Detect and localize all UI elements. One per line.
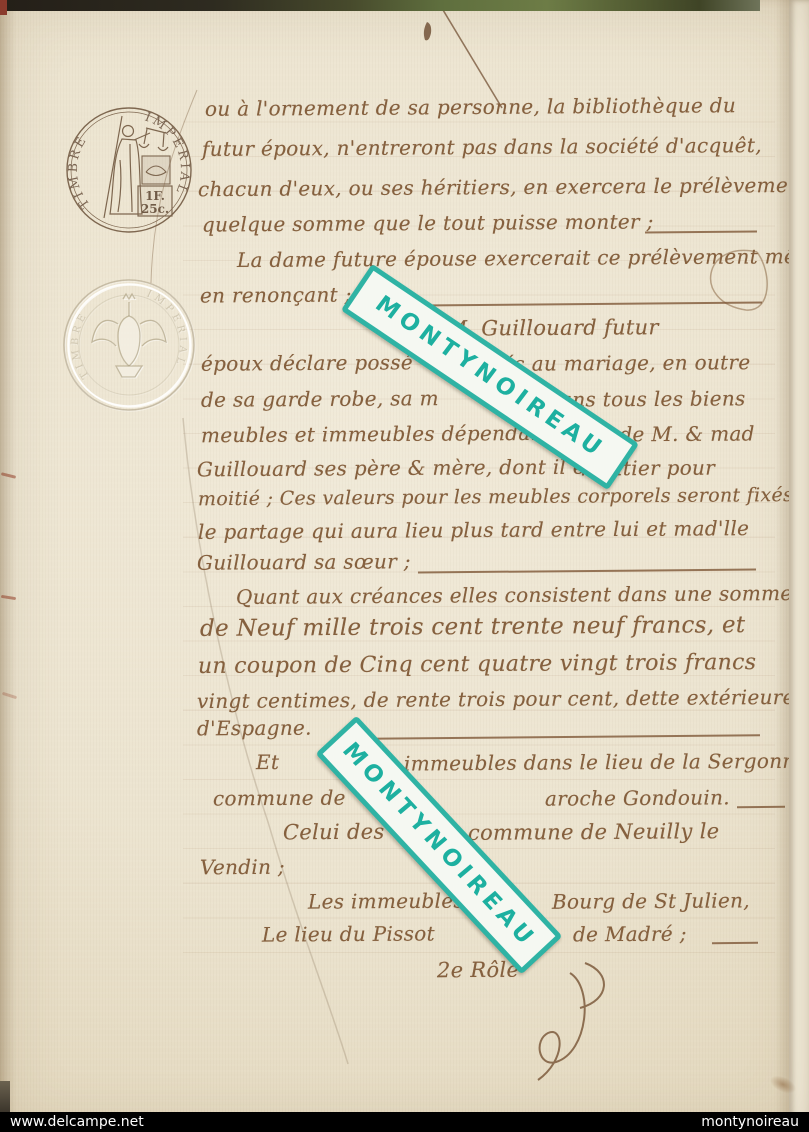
diagonal-ink-line [437,0,502,108]
manuscript-line: ou à l'ornement de sa personne, la bibli… [205,93,736,121]
manuscript-line: aroche Gondouin. [545,785,730,810]
manuscript-rule [368,734,760,739]
stamp-value-centimes: 25c. [141,202,169,216]
stamp-arc-text-left: TIMBRE [65,132,93,212]
manuscript-line: Guillouard sa sœur ; [197,549,411,574]
photo-top-edge-red-bit [0,0,7,15]
manuscript-line: Vendin ; [200,855,285,880]
manuscript-line: immeubles dans le lieu de la Sergonnière [404,748,809,775]
manuscript-line: Et [256,750,279,774]
manuscript-line: Celui des [283,820,385,845]
manuscript-line: commune de Neuilly le [468,819,720,845]
svg-text:IMPERIAL: IMPERIAL [143,109,193,198]
manuscript-line: 2e Rôle [437,958,519,983]
manuscript-line: moitié ; Ces valeurs pour les meubles co… [198,484,809,510]
manuscript-line: La dame future épouse exercerait ce prél… [237,244,809,272]
watermark-seller-name: montynoireau [701,1114,799,1130]
embossed-eagle-seal: TIMBRE IMPERIAL [56,272,202,418]
signature-paraph [538,963,604,1080]
photo-top-edge [0,0,760,11]
manuscript-line: quelque somme que le tout puisse monter … [202,209,654,236]
svg-text:TIMBRE: TIMBRE [65,132,93,212]
page-left-shadow [0,0,16,1132]
manuscript-line: de sa garde robe, sa m [201,386,439,412]
manuscript-line: chacun d'eux, ou ses héritiers, en exerc… [198,173,809,201]
scanned-document-page: TIMBRE IMPERIAL 1F. 25c. TIMB [0,0,809,1132]
svg-text:IMPERIAL: IMPERIAL [145,289,188,370]
manuscript-line: futur époux, n'entreront pas dans la soc… [202,133,762,161]
manuscript-line: meubles et immeubles dépendants [201,421,563,448]
seal-arc-text-right: IMPERIAL [145,289,188,370]
manuscript-line: vingt centimes, de rente trois pour cent… [197,685,795,713]
stamp-arc-text-right: IMPERIAL [143,109,193,198]
manuscript-line: Quant aux créances elles consistent dans… [236,581,793,609]
ink-blot [424,22,431,40]
page-right-shadow [775,0,789,1132]
bottom-left-dark-corner [0,1081,10,1113]
manuscript-line: Guillouard ses père & mère, dont il e [197,455,585,482]
manuscript-line: Le lieu du Pissot [262,921,435,946]
manuscript-line: le partage qui aura lieu plus tard entre… [198,516,749,544]
manuscript-line: un coupon de Cinq cent quatre vingt troi… [198,650,756,679]
manuscript-rule [645,231,757,234]
manuscript-rule [418,569,756,574]
manuscript-line: de Neuf mille trois cent trente neuf fra… [200,612,746,642]
stamp-eagle-pedestal: 1F. 25c. [138,156,172,216]
timbre-imperial-stamp: TIMBRE IMPERIAL 1F. 25c. [62,100,196,240]
manuscript-line: de Madré ; [573,922,687,947]
underlying-page-edge [789,0,809,1132]
manuscript-line: Bourg de St Julien, [552,888,750,913]
imperial-eagle-icon [92,294,166,377]
manuscript-line: époux déclare possé [201,350,413,375]
manuscript-line: commune de [213,786,346,811]
manuscript-line: d'Espagne. [197,716,312,741]
crease-line-long [183,418,348,1064]
stamp-value-francs: 1F. [145,189,165,203]
manuscript-rule [712,942,758,944]
watermark-bar: www.delcampe.net montynoireau [0,1112,809,1132]
manuscript-rule [420,302,762,307]
watermark-site-url: www.delcampe.net [10,1114,144,1130]
manuscript-line: en renonçant ; [200,282,352,307]
